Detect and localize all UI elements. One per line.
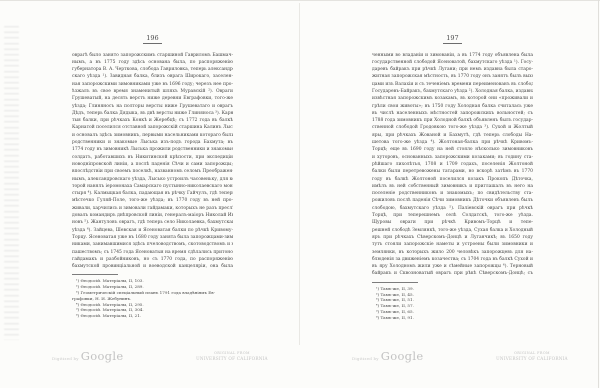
text-line: торой нанялъ іеромонаха Самарскаго пусты… <box>72 183 233 190</box>
footnote-separator-rule <box>372 282 418 283</box>
text-line: оврагѣ было занято запорожскимъ старшино… <box>72 52 233 59</box>
google-logo: Google <box>81 349 124 363</box>
university-of-california-label: UNIVERSITY OF CALIFORNIA <box>184 356 280 361</box>
text-line: въ яру Холодномъ жили уже и сѣмейные зап… <box>372 263 533 270</box>
text-line: новодніпровской линіи, а послѣ паденія С… <box>72 161 233 168</box>
text-line: уѣзда; Глиняносъ на полторы версты ниже … <box>72 103 233 110</box>
university-of-california-label: UNIVERSITY OF CALIFORNIA <box>484 356 580 361</box>
text-line: ³) Геометрическій спеціальный планъ 1791… <box>72 290 233 296</box>
text-line: поселеніе родственниковъ и знакомыхъ; по… <box>372 190 533 197</box>
footnote-separator-rule <box>72 274 118 275</box>
text-line: стыря ⁴). Калмыцкая балка, падающая въ р… <box>72 190 233 197</box>
body-text: оврагѣ было занято запорожскимъ старшино… <box>72 52 233 271</box>
text-line: Государевъ-Байракъ, бахмутскаго уѣзда ²)… <box>372 88 533 95</box>
text-line: ѣзжалъ въ свое время знаменитый шляхъ Му… <box>72 88 233 95</box>
page-number: 196 <box>72 34 233 44</box>
text-line: Грушеватый, на десять верстъ ниже деревн… <box>72 95 233 102</box>
text-line: извѣстная запорожскимъ козакамъ, въ кото… <box>372 95 533 102</box>
text-line: никами, занимавшимися здѣсь пчеловодство… <box>72 241 233 248</box>
text-line: яръ при рѣчкахъ Сѣверскомъ-Донцѣ и Луган… <box>372 234 533 241</box>
text-line: слободою, бахмутскаго уѣзда ⁵). Паліевск… <box>372 205 533 212</box>
digitized-by-label: Digitized by <box>352 356 379 361</box>
text-line: Карнатой поселился отставной запорожскій… <box>72 124 233 131</box>
text-line: ⁶) Ѳеодосій. Матеріалы, II, 21. <box>72 313 233 319</box>
text-line: ⁶) Тамъ-же, II, 91. <box>372 315 533 321</box>
text-line: Щуровы овраги при рѣчкѣ Кривомъ-Торцѣ и … <box>372 219 533 226</box>
page-number-value: 197 <box>443 34 461 44</box>
page-197: 197 ченными во владаніи и зимованіи, а в… <box>300 0 600 388</box>
footnotes: ¹) Ѳеодосій. Матеріалы, II, 103. ²) Ѳеод… <box>72 278 233 319</box>
text-line: губернатора В. А. Черткова, слобода Гавр… <box>72 66 233 73</box>
google-logo: Google <box>381 349 424 363</box>
text-line: шетова того-же уѣзда ⁴). Жолтоная-балка … <box>372 139 533 146</box>
google-watermark: Digitized byGoogle <box>52 345 123 364</box>
text-line: Торцѣ; еще въ 1690 году на ней стояло нѣ… <box>372 146 533 153</box>
text-line: живали, харчились и зимовали гайдамаки, … <box>72 205 233 212</box>
google-watermark: Digitized byGoogle <box>352 345 423 364</box>
text-line: 1774 году въ зимовникѣ Лыська прожили ро… <box>72 146 233 153</box>
page-number: 197 <box>372 34 533 44</box>
text-line: рѣйшаго лихолѣтья, 1708 и 1709 годахъ, п… <box>372 161 533 168</box>
footnotes: ¹) Тамъ-же, II, 39. ²) Тамъ-же, II, 45. … <box>372 286 533 321</box>
body-text: ченными во владаніи и зимованіи, а въ 17… <box>372 52 533 278</box>
text-line: Торцѣ, при теперешнемъ селѣ Солдатскѣ, т… <box>372 212 533 219</box>
text-line: балки были перетревожены татарами, но вс… <box>372 168 533 175</box>
text-line: решней слободѣ Землянкѣ, того-же уѣзда, … <box>372 227 533 234</box>
text-line: родственники и знакомые Лыська изъ-подъ … <box>72 139 233 146</box>
text-line: Дѣдъ, теперь балка Дядыка, въ двѣ версты… <box>72 110 233 117</box>
text-line: ченными во владаніи и зимованіи, а въ 17… <box>372 52 533 59</box>
text-line: скаго уѣзда ¹). Завидная балка, близъ ов… <box>72 73 233 80</box>
page-number-value: 196 <box>143 34 161 44</box>
text-line: Торцу. Ясеноватая уже въ 1680 году занят… <box>72 234 233 241</box>
text-line: новъ ⁵). Жантуловъ оврагъ, гдѣ теперь се… <box>72 219 233 226</box>
text-line: тутъ стояли запорожскіе наметы и устроен… <box>372 241 533 248</box>
text-line: блюденія за движеніемъ козачества; съ 17… <box>372 256 533 263</box>
text-line: государственной слободой Ясеноватой, бах… <box>372 59 533 66</box>
text-line: 1788 года зимовникъ при Холодной балкѣ о… <box>372 117 533 124</box>
text-line: землянки, въ которыхъ жило 200 человѣкъ … <box>372 249 533 256</box>
digitized-by-label: Digitized by <box>52 356 79 361</box>
text-line: рожиловъ послѣ паденія Сѣчи зимовникъ Дѣ… <box>372 197 533 204</box>
text-line: тыя балки, при рѣчкахъ Конкѣ и Жеребцѣ; … <box>72 117 233 124</box>
text-line: впослѣдствіи при своемъ поселкѣ, названн… <box>72 168 233 175</box>
text-column: 196 оврагѣ было занято запорожскимъ стар… <box>72 34 233 319</box>
text-line: байракъ и Сквозноватый оврагъ при рѣкѣ С… <box>372 270 533 277</box>
text-column: 197 ченными во владаніи и зимованіи, а в… <box>372 34 533 320</box>
text-line: и основалъ здѣсь зимовникъ, первыми насе… <box>72 132 233 139</box>
text-line: житная запорожская мѣстность, въ 1770 го… <box>372 73 533 80</box>
library-stamp: ORIGINAL FROM UNIVERSITY OF CALIFORNIA <box>184 351 280 361</box>
text-line: цами изъ Валахіи и съ теченіемъ времени … <box>372 81 533 88</box>
text-line: мѣстечко Гуляй-Поле, того-же уѣзда; въ 1… <box>72 197 233 204</box>
text-line: имѣлъ въ ней собственный зимовникъ и при… <box>372 183 533 190</box>
text-line: нымъ, александровскаго уѣзда, Лысько уст… <box>72 176 233 183</box>
text-line: яры, при рѣчкахъ Жованой и Бахмутѣ, гдѣ … <box>372 132 533 139</box>
text-line: бахмутской провинціальной и воеводской к… <box>72 263 233 270</box>
library-stamp: ORIGINAL FROM UNIVERSITY OF CALIFORNIA <box>484 351 580 361</box>
text-line: въ числѣ населенныхъ мѣстностей запорожс… <box>372 110 533 117</box>
scanned-book-spread: 196 оврагѣ было занято запорожскимъ стар… <box>0 0 600 388</box>
text-line: ная запорожскими зимовниками уже въ 1696… <box>72 81 233 88</box>
text-line: ственной слободой Гродовкою того-же уѣзд… <box>372 124 533 131</box>
text-line: грѣли свои животы»; въ 1750 году Холодна… <box>372 103 533 110</box>
text-line: уѣзда ⁶). Зайцева, Шевская и Ясеноватая … <box>72 227 233 234</box>
text-line: довалъ командиръ днѣпровской линіи, гене… <box>72 212 233 219</box>
text-line: и хуторовъ, основанныхъ запорожскими коз… <box>372 154 533 161</box>
text-line: году въ балкѣ Жолтоной поселился козакъ … <box>372 176 533 183</box>
page-196: 196 оврагѣ было занято запорожскимъ стар… <box>0 0 300 388</box>
text-line: пашествомъ; съ 1745 года Ясеноватыя на в… <box>72 249 233 256</box>
text-line: гайдамакъ и разбойниковъ, но съ 1770 год… <box>72 256 233 263</box>
text-line: солдатъ, работавшихъ въ Никитинской крѣп… <box>72 154 233 161</box>
text-line: даревъ байракъ при рѣчкѣ Лугани; при нем… <box>372 66 533 73</box>
text-line: нымъ, а въ 1775 году здѣсь основана была… <box>72 59 233 66</box>
